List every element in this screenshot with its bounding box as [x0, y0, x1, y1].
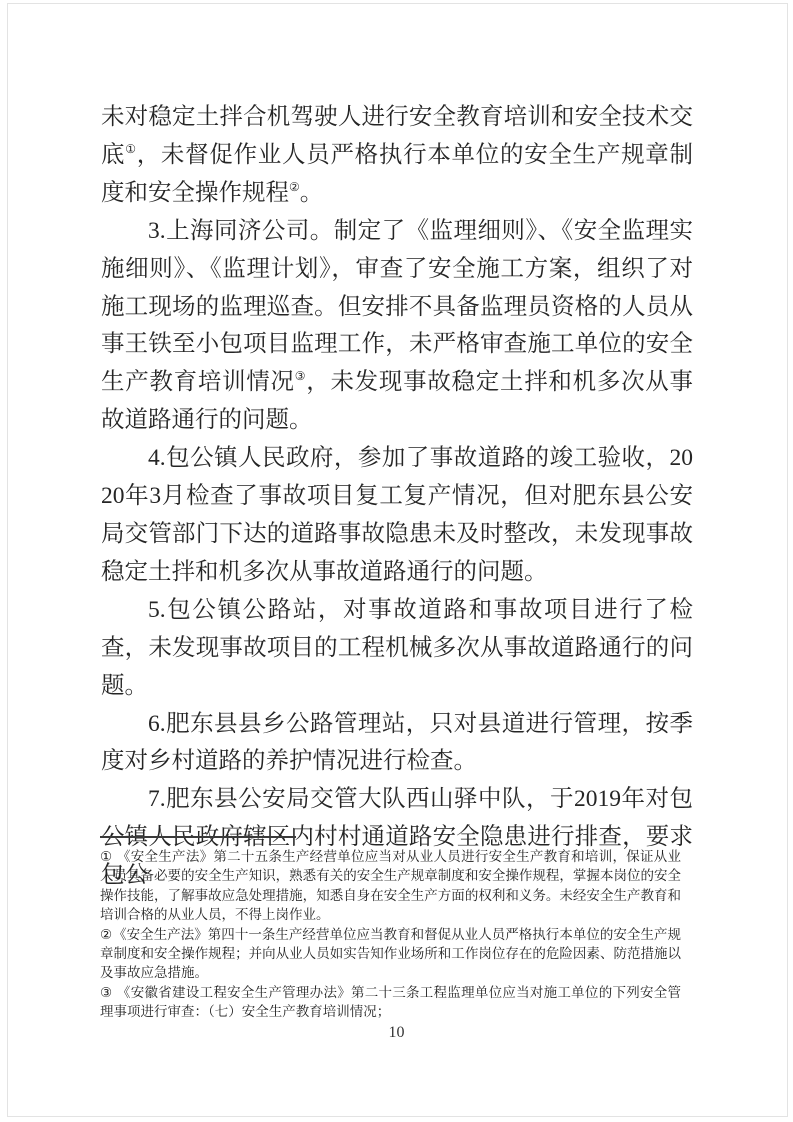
- body-paragraph: 5.包公镇公路站，对事故道路和事故项目进行了检查，未发现事故项目的工程机械多次从…: [101, 592, 693, 706]
- footnote-marker: ②: [100, 927, 113, 942]
- footnote-list: ① 《安全生产法》第二十五条生产经营单位应当对从业人员进行安全生产教育和培训，保…: [100, 847, 681, 1022]
- body-paragraph: 3.上海同济公司。制定了《监理细则》、《安全监理实施细则》、《监理计划》，审查了…: [101, 213, 693, 440]
- footnote-separator: [100, 836, 296, 838]
- footnote-ref: ②: [289, 180, 300, 194]
- body-paragraph: 4.包公镇人民政府，参加了事故道路的竣工验收，2020年3月检查了事故项目复工复…: [101, 440, 693, 592]
- footnote-marker: ①: [100, 849, 113, 864]
- footnote-ref: ③: [295, 370, 306, 384]
- document-page: 未对稳定土拌合机驾驶人进行安全教育培训和安全技术交底①，未督促作业人员严格执行本…: [0, 0, 793, 1122]
- page-number: 10: [0, 1024, 793, 1042]
- body-text: 未对稳定土拌合机驾驶人进行安全教育培训和安全技术交底①，未督促作业人员严格执行本…: [101, 99, 693, 895]
- footnote-item: ③ 《安徽省建设工程安全生产管理办法》第二十三条工程监理单位应当对施工单位的下列…: [100, 983, 681, 1022]
- body-paragraph: 未对稳定土拌合机驾驶人进行安全教育培训和安全技术交底①，未督促作业人员严格执行本…: [101, 99, 693, 213]
- body-paragraph: 6.肥东县县乡公路管理站，只对县道进行管理，按季度对乡村道路的养护情况进行检查。: [101, 706, 693, 782]
- footnote-item: ① 《安全生产法》第二十五条生产经营单位应当对从业人员进行安全生产教育和培训，保…: [100, 847, 681, 925]
- footnote-marker: ③: [100, 985, 113, 1000]
- footnote-ref: ①: [125, 142, 136, 156]
- footnote-item: ②《安全生产法》第四十一条生产经营单位应当教育和督促从业人员严格执行本单位的安全…: [100, 925, 681, 983]
